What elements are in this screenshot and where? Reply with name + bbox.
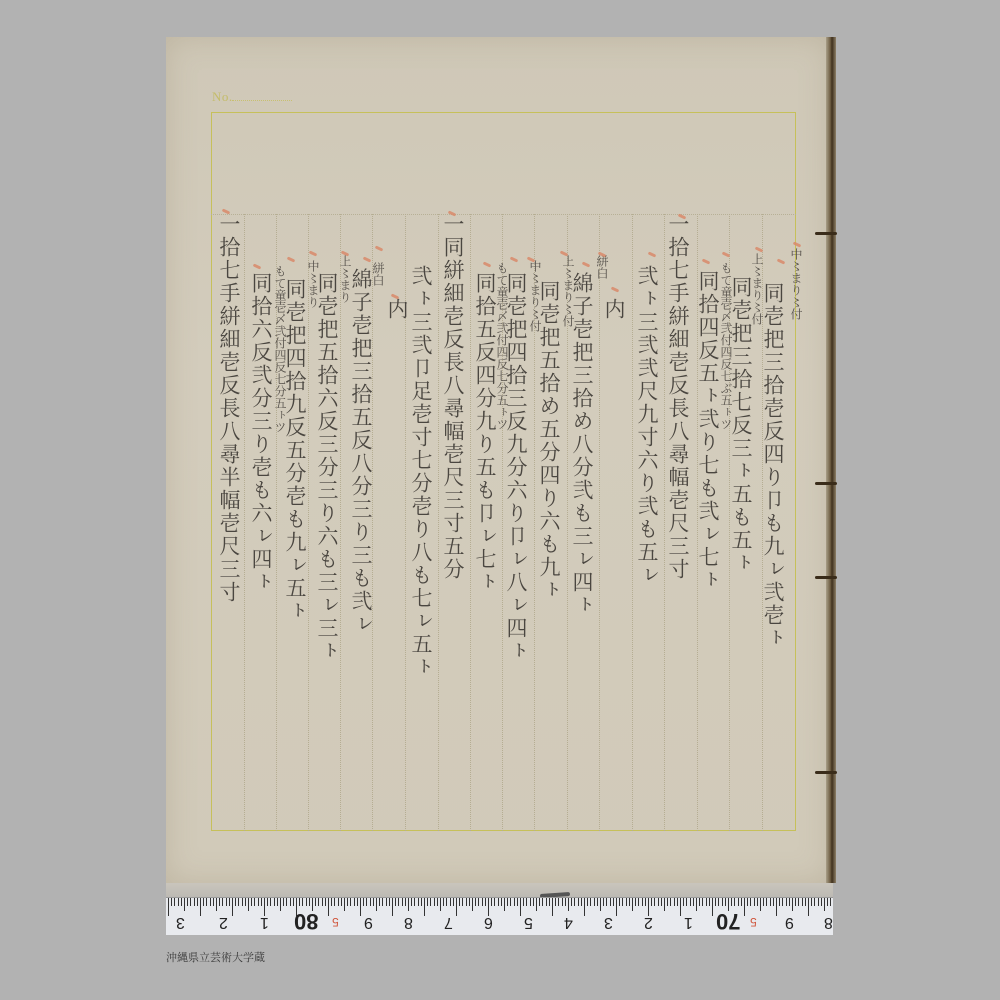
ruler-tick [731, 898, 732, 906]
ruler-tick [683, 898, 684, 906]
ruler-tick [242, 898, 243, 906]
header-rule-line [211, 214, 796, 215]
ruler-tick [344, 898, 345, 911]
ruler-tick [715, 898, 716, 906]
ruler-tick [280, 898, 281, 911]
ruler-label: 9 [364, 914, 373, 930]
ruler-tick [338, 898, 339, 906]
handwritten-annotation: 絣白 [372, 262, 384, 286]
ruler-tick [315, 898, 316, 906]
ruler-tick [466, 898, 467, 906]
ruler-tick [430, 898, 431, 906]
ruler-tick [197, 898, 198, 906]
ruler-label: 4 [564, 914, 573, 930]
ruler-tick [462, 898, 463, 906]
ruler-tick [238, 898, 239, 906]
ruler-tick [475, 898, 476, 906]
ruler-label: 70 [716, 910, 740, 932]
ruler-label: 3 [176, 914, 185, 930]
ruler-tick [594, 898, 595, 906]
ruler-tick [520, 898, 521, 916]
ruler-tick [398, 898, 399, 906]
ruler-tick [584, 898, 585, 916]
ruler-tick [741, 898, 742, 906]
ruler-tick [366, 898, 367, 906]
ruler-tick [635, 898, 636, 906]
ruler-tick [651, 898, 652, 906]
ruler-tick [773, 898, 774, 906]
ruler-tick [747, 898, 748, 906]
handwritten-column: 同壱把五拾六反三分三り六も三ㇾ三ㇳ [316, 272, 337, 663]
ruler-tick [574, 898, 575, 906]
ruler-tick [232, 898, 233, 916]
ruler-tick [395, 898, 396, 906]
ruler-tick [274, 898, 275, 906]
ruler-tick [654, 898, 655, 906]
ruler-tick [734, 898, 735, 906]
handwritten-column: 同壱把四拾九反五分壱も九ㇾ五ㇳ [284, 278, 305, 623]
ruler-tick [757, 898, 758, 906]
handwritten-annotation: もて童壱〆弐付四反七分五ㇳツ [496, 262, 508, 430]
ruler-tick [382, 898, 383, 906]
ruler-tick [306, 898, 307, 906]
ruler-tick [699, 898, 700, 906]
binding-string [815, 482, 837, 485]
ruler-tick [222, 898, 223, 906]
ruler-tick [299, 898, 300, 906]
handwritten-annotation: 中〻まり〻付 [790, 248, 802, 320]
ruler-tick [427, 898, 428, 906]
ruler-tick [667, 898, 668, 906]
ruler-tick [405, 898, 406, 906]
ruler-tick [629, 898, 630, 906]
ruler-tick [174, 898, 175, 906]
ruler-tick [190, 898, 191, 906]
handwritten-column: 弐ㇳ三弐弐尺九寸六り弐も五ㇾ [636, 265, 657, 587]
ruler-tick [187, 898, 188, 906]
ruler-label: 7 [444, 914, 453, 930]
ruler-tick [350, 898, 351, 906]
ruler-label: 2 [644, 914, 653, 930]
ruler-tick [613, 898, 614, 906]
ruler-tick [814, 898, 815, 906]
ruler-tick [530, 898, 531, 906]
ruler-tick [325, 898, 326, 906]
ruler-tick [392, 898, 393, 916]
handwritten-column: 一同絣細壱反長八尋幅壱尺三寸五分 [442, 213, 463, 581]
ruler-tick [568, 898, 569, 911]
ruler-tick [226, 898, 227, 906]
ruler-tick [510, 898, 511, 906]
ruler-tick [597, 898, 598, 906]
ruler-tick [677, 898, 678, 906]
ruler-tick [738, 898, 739, 906]
handwritten-column: 同拾五反四分九り五も卩ㇾ七ㇳ [474, 272, 495, 594]
ruler-tick [347, 898, 348, 906]
ruler-tick [437, 898, 438, 906]
ruler-tick [616, 898, 617, 916]
ruler-tick [680, 898, 681, 916]
ruler-tick [277, 898, 278, 906]
ruler-tick [722, 898, 723, 906]
ruler-tick [725, 898, 726, 906]
ruler-tick [702, 898, 703, 906]
ruler-tick [386, 898, 387, 906]
ruler-tick [782, 898, 783, 906]
ruler-tick [443, 898, 444, 906]
ruler-tick [203, 898, 204, 906]
ruler-tick [642, 898, 643, 906]
column-rule [340, 214, 341, 831]
ruler-tick [354, 898, 355, 906]
ruler-tick [446, 898, 447, 906]
ruler-tick [821, 898, 822, 906]
ruler-tick [581, 898, 582, 906]
ruler-label: 2 [219, 914, 228, 930]
ruler-tick [760, 898, 761, 911]
binding-string [815, 576, 837, 579]
ruler-tick [379, 898, 380, 906]
measuring-ruler: 32180598765432170598 [166, 897, 833, 935]
ruler-tick [469, 898, 470, 906]
ruler-tick [258, 898, 259, 906]
ruler-label: 5 [750, 916, 757, 928]
handwritten-column: 同壱把三拾七反三ㇳ五も五ㇳ [730, 276, 751, 575]
ruler-tick [590, 898, 591, 906]
ruler-tick [763, 898, 764, 906]
ruler-tick [370, 898, 371, 906]
ruler-tick [507, 898, 508, 906]
ruler-tick [341, 898, 342, 906]
handwritten-annotation: もて童壱〆弐付四反七ぶ五ㇳツ [720, 262, 732, 430]
page-bottom-shadow [166, 883, 833, 897]
ruler-tick [517, 898, 518, 906]
ruler-tick [824, 898, 825, 911]
handwritten-column: 内 [603, 298, 624, 321]
ruler-tick [408, 898, 409, 911]
ruler-tick [802, 898, 803, 906]
ruler-tick [539, 898, 540, 906]
ruler-tick [290, 898, 291, 906]
ruler-tick [283, 898, 284, 906]
ruler-tick [818, 898, 819, 906]
ruler-tick [171, 898, 172, 906]
handwritten-column: 同拾六反弐分三り壱も六ㇾ四ㇳ [250, 272, 271, 594]
ruler-tick [411, 898, 412, 906]
ruler-tick [712, 898, 713, 916]
ruler-label: 5 [332, 916, 339, 928]
ruler-tick [286, 898, 287, 906]
ruler-tick [795, 898, 796, 906]
ruler-tick [827, 898, 828, 906]
ruler-tick [216, 898, 217, 911]
column-rule [438, 214, 439, 831]
ruler-tick [424, 898, 425, 916]
handwritten-column: 一拾七手絣細壱反長八尋幅壱尺三寸 [667, 213, 688, 581]
ruler-tick [658, 898, 659, 906]
ruler-tick [334, 898, 335, 906]
ruler-tick [293, 898, 294, 906]
ruler-tick [318, 898, 319, 906]
ruler-tick [542, 898, 543, 906]
ruler-tick [270, 898, 271, 906]
ruler-label: 5 [524, 914, 533, 930]
ruler-tick [546, 898, 547, 906]
ruler-tick [254, 898, 255, 906]
handwritten-column: 弐ㇳ三弐卩足壱寸七分壱り八も七ㇾ五ㇳ [410, 265, 431, 679]
binding-string [815, 232, 837, 235]
ruler-tick [184, 898, 185, 911]
ruler-tick [661, 898, 662, 906]
ruler-tick [779, 898, 780, 906]
ruler-tick [706, 898, 707, 906]
ruler-tick [459, 898, 460, 906]
ruler-label: 8 [824, 914, 833, 930]
ruler-tick [789, 898, 790, 906]
ruler-tick [606, 898, 607, 906]
ruler-tick [494, 898, 495, 906]
ruler-tick [210, 898, 211, 906]
ruler-tick [786, 898, 787, 906]
ruler-tick [194, 898, 195, 906]
ruler-tick [808, 898, 809, 916]
ruler-tick [690, 898, 691, 906]
column-rule [244, 214, 245, 831]
ruler-tick [805, 898, 806, 906]
ruler-tick [434, 898, 435, 906]
ruler-tick [776, 898, 777, 916]
ruler-tick [453, 898, 454, 906]
ruler-tick [421, 898, 422, 906]
ruler-tick [514, 898, 515, 906]
column-rule [632, 214, 633, 831]
ruler-label: 80 [294, 910, 318, 932]
handwritten-column: 同拾四反五ㇳ弐り七も弐ㇾ七ㇳ [697, 270, 718, 592]
ruler-tick [638, 898, 639, 906]
ruler-label: 1 [260, 914, 269, 930]
ruler-tick [558, 898, 559, 906]
ruler-tick [206, 898, 207, 906]
ruler-tick [168, 898, 169, 916]
collection-credit: 沖縄県立芸術大学蔵 [166, 949, 265, 965]
ruler-tick [322, 898, 323, 906]
ruler-tick [830, 898, 831, 906]
ruler-label: 1 [684, 914, 693, 930]
ruler-tick [632, 898, 633, 911]
ruler-tick [309, 898, 310, 906]
column-rule [664, 214, 665, 831]
ruler-tick [456, 898, 457, 916]
ruler-tick [686, 898, 687, 906]
ruler-tick [418, 898, 419, 906]
ruler-tick [610, 898, 611, 906]
ruler-tick [491, 898, 492, 906]
ruler-tick [261, 898, 262, 906]
ruler-tick [750, 898, 751, 906]
ruler-tick [482, 898, 483, 906]
ruler-tick [645, 898, 646, 906]
handwritten-column: 内 [386, 298, 407, 321]
ruler-tick [219, 898, 220, 906]
ruler-tick [251, 898, 252, 906]
ruler-tick [504, 898, 505, 911]
ruler-tick [213, 898, 214, 906]
ruler-tick [587, 898, 588, 906]
ruler-tick [478, 898, 479, 906]
ruler-tick [622, 898, 623, 906]
handwritten-annotation: もて童壱〆弐付四反七分五ㇳツ [274, 265, 286, 433]
ruler-tick [619, 898, 620, 906]
ruler-tick [674, 898, 675, 906]
ruler-tick [498, 898, 499, 906]
handwritten-annotation: 上〻まり〻付 [562, 255, 574, 327]
ruler-tick [501, 898, 502, 906]
ruler-tick [181, 898, 182, 906]
ruler-tick [693, 898, 694, 906]
ruler-label: 9 [785, 914, 794, 930]
ruler-label: 8 [404, 914, 413, 930]
ruler-tick [798, 898, 799, 906]
ruler-tick [363, 898, 364, 906]
ruler-tick [766, 898, 767, 906]
ruler-tick [440, 898, 441, 911]
ruler-tick [571, 898, 572, 906]
ruler-tick [376, 898, 377, 911]
ruler-tick [670, 898, 671, 906]
number-label: No. [212, 89, 233, 105]
ruler-tick [626, 898, 627, 906]
ruler-tick [770, 898, 771, 906]
ruler-tick [472, 898, 473, 911]
ruler-label: 6 [484, 914, 493, 930]
ruler-tick [696, 898, 697, 911]
ruler-tick [754, 898, 755, 906]
ruler-tick [267, 898, 268, 906]
ruler-tick [578, 898, 579, 906]
ruler-tick [552, 898, 553, 916]
ruler-tick [402, 898, 403, 906]
ruler-tick [523, 898, 524, 906]
ruler-tick [229, 898, 230, 906]
ruler-tick [549, 898, 550, 906]
ruler-tick [744, 898, 745, 916]
document-viewer: No. 中〻まり〻付 同壱把三拾壱反四り卩も九ㇾ弐壱ㇳ 上〻まり〻付 同壱把三拾… [0, 0, 1000, 1000]
ruler-tick [248, 898, 249, 911]
ruler-tick [414, 898, 415, 906]
ruler-tick [709, 898, 710, 906]
ruler-tick [373, 898, 374, 906]
handwritten-column: 同壱把三拾壱反四り卩も九ㇾ弐壱ㇳ [762, 282, 783, 650]
binding-edge [826, 37, 836, 883]
ruler-tick [562, 898, 563, 906]
ruler-tick [718, 898, 719, 906]
ruler-tick [811, 898, 812, 906]
ruler-tick [357, 898, 358, 906]
ruler-tick [178, 898, 179, 906]
binding-string [815, 771, 837, 774]
handwritten-column: 一拾七手絣細壱反長八尋半幅壱尺三寸 [218, 213, 239, 604]
ruler-tick [302, 898, 303, 906]
ruler-tick [664, 898, 665, 911]
ruler-tick [536, 898, 537, 911]
ruler-tick [450, 898, 451, 906]
handwritten-annotation: 中〻まり〻付 [529, 260, 541, 332]
number-field-dotted-line [232, 100, 292, 101]
column-rule [470, 214, 471, 831]
handwritten-annotation: 上〻まり [339, 255, 351, 303]
ruler-tick [360, 898, 361, 916]
ruler-tick [235, 898, 236, 906]
ruler-tick [603, 898, 604, 906]
ruler-tick [533, 898, 534, 906]
handwritten-column: 綿子壱把三拾五反八分三り三も弐ㇾ [350, 268, 371, 636]
column-rule [599, 214, 600, 831]
ruler-tick [485, 898, 486, 906]
ruler-tick [328, 898, 329, 916]
ruler-tick [331, 898, 332, 906]
ruler-tick [245, 898, 246, 906]
ruler-label: 3 [604, 914, 613, 930]
ruler-tick [792, 898, 793, 911]
ruler-tick [389, 898, 390, 906]
handwritten-annotation: 絣白 [596, 255, 608, 279]
ruler-tick [565, 898, 566, 906]
ruler-tick [555, 898, 556, 906]
handwritten-annotation: 中〻まり [307, 260, 319, 308]
ruler-tick [200, 898, 201, 916]
ruler-tick [600, 898, 601, 911]
ruler-tick [526, 898, 527, 906]
